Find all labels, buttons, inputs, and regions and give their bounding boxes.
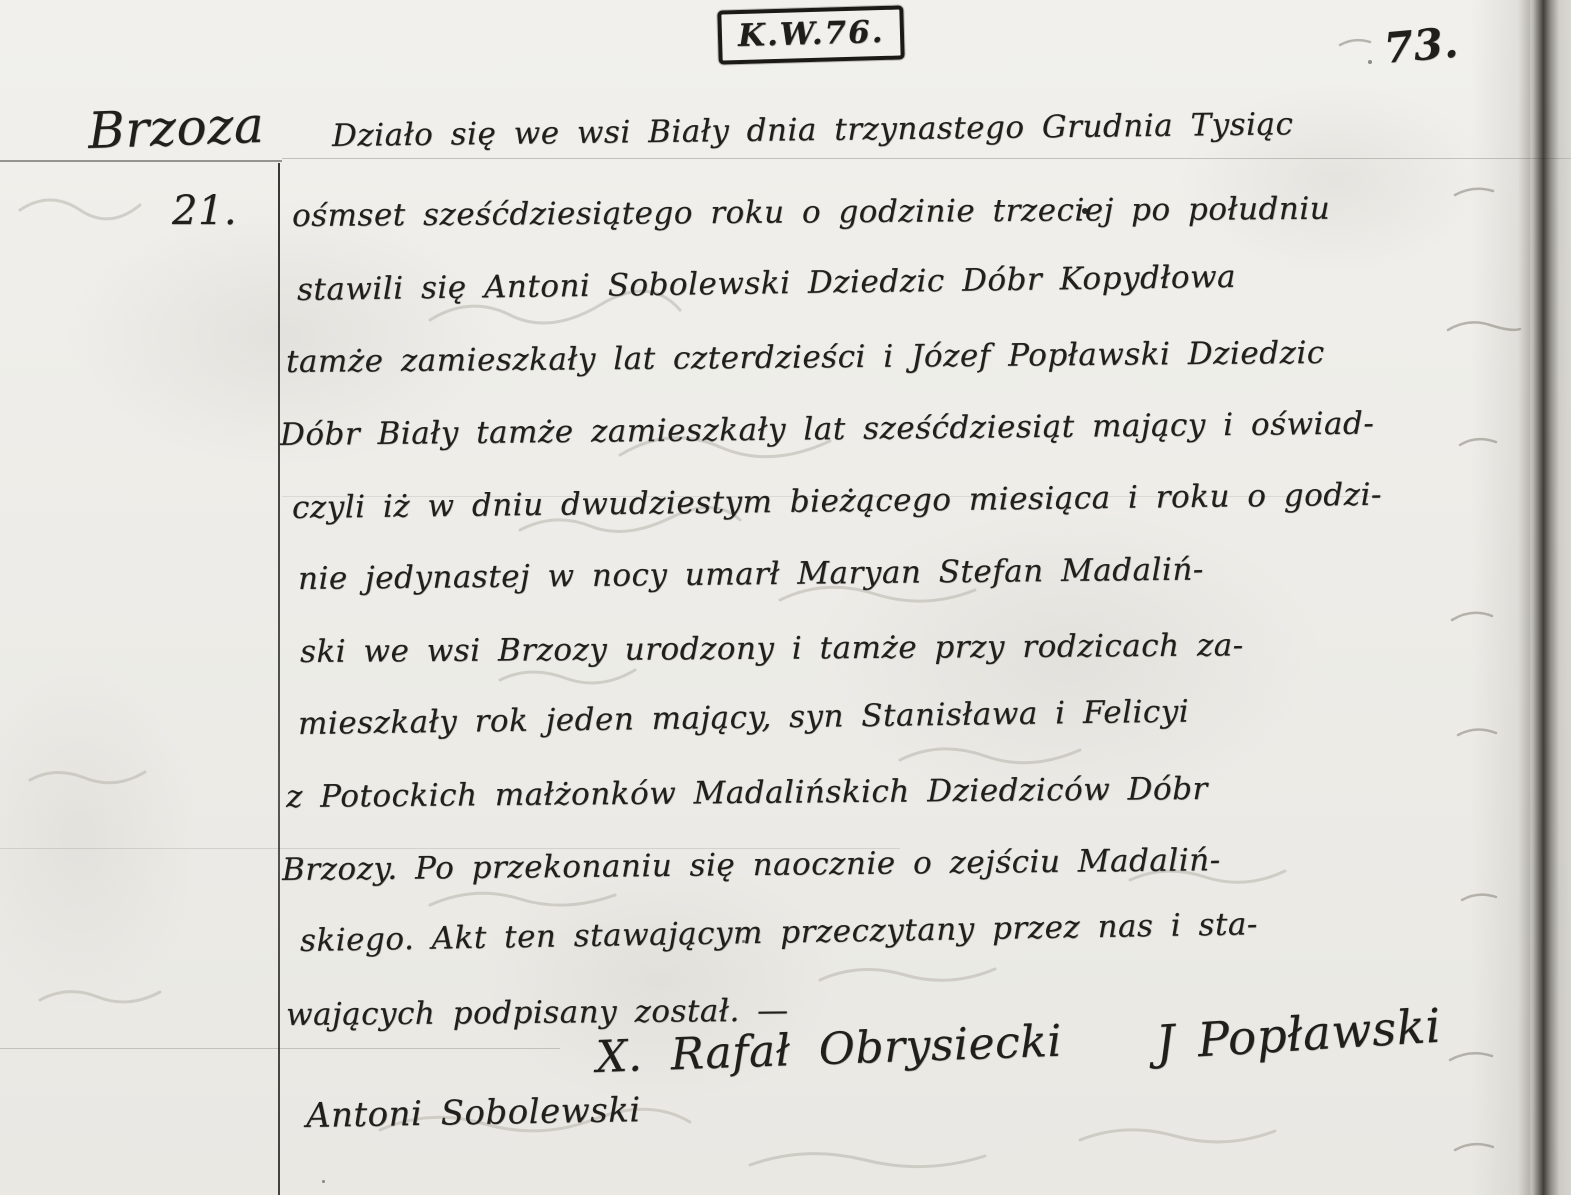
- ink-speck: [322, 1180, 325, 1183]
- archive-stamp-text: K.W.76.: [737, 14, 884, 54]
- record-line: ski we wsi Brzozy urodzony i tamże przy …: [300, 627, 1244, 670]
- page-number: 73.: [1382, 18, 1461, 73]
- archive-stamp: K.W.76.: [717, 5, 905, 64]
- ink-speck: [1368, 60, 1372, 64]
- margin-place-name: Brzoza: [87, 96, 265, 160]
- margin-record-number: 21.: [172, 188, 237, 234]
- page-edge-binding: [1518, 0, 1571, 1195]
- signature-witness-sobolewski: Antoni Sobolewski: [306, 1090, 641, 1136]
- scanned-death-record-page: K.W.76. 73. Brzoza 21. Działo się we wsi…: [0, 0, 1571, 1195]
- record-line: ośmset sześćdziesiątego roku o godzinie …: [292, 191, 1330, 234]
